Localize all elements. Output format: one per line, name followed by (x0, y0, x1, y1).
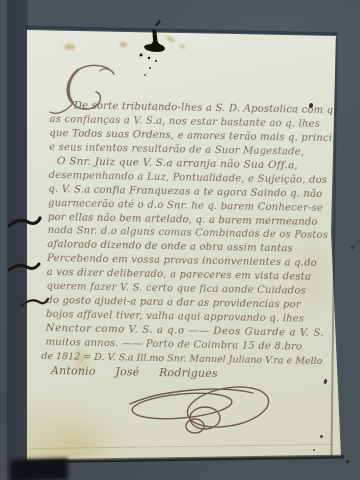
ink-marks-left (8, 210, 53, 315)
paper-stain (64, 44, 75, 50)
ink-speck (320, 435, 323, 438)
ink-blot-top (130, 18, 190, 83)
paper-stain (120, 42, 127, 47)
manuscript-photograph: C De sorte tributando-lhes a S. D. Apost… (0, 0, 360, 480)
ink-speck (323, 379, 327, 385)
ink-speck (313, 449, 315, 451)
signature-flourish (125, 382, 275, 440)
backdrop-speck (346, 460, 349, 463)
manuscript-text: De sorte tributando-lhes a S. D. Apostol… (45, 99, 335, 383)
paper-corner-shadow (10, 458, 69, 480)
backdrop-speck (351, 246, 354, 249)
